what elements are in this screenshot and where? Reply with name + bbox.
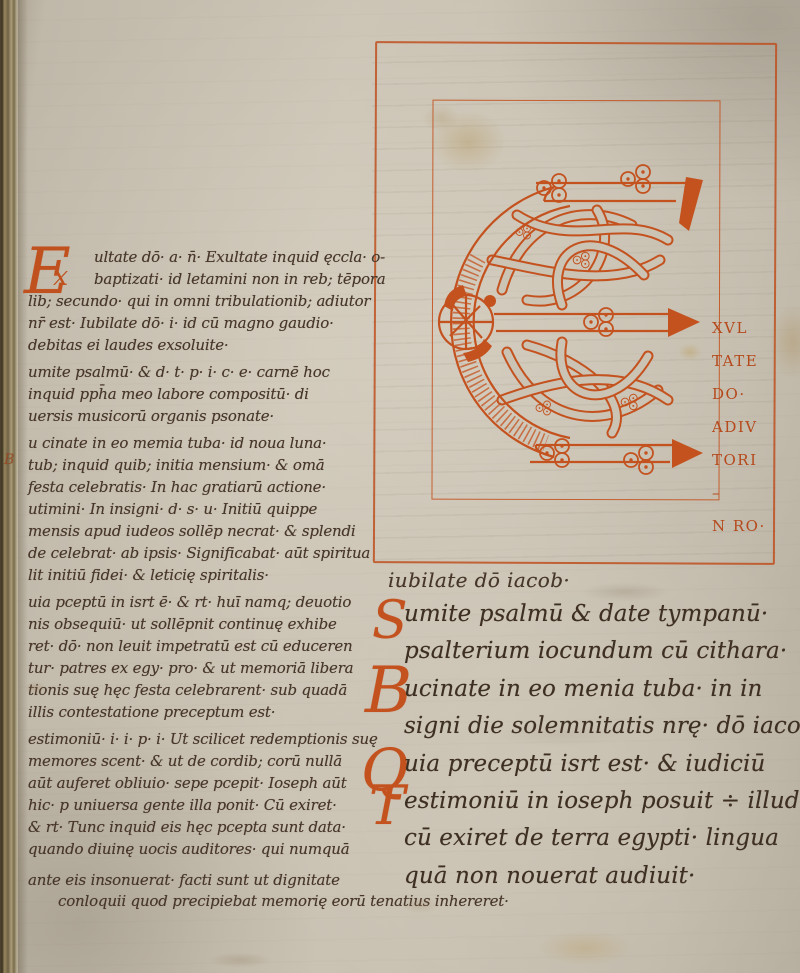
text-line: nr̄ est· Iubilate dō· i· id cū magno gau… [28, 312, 376, 334]
text-line: lib; secundo· qui in omni tribulationib;… [28, 290, 376, 312]
rubricated-initial-t: T [369, 779, 405, 833]
verse-line: cū exiret de terra egypti· lingua [404, 820, 800, 857]
text-line: uersis musicorū organis psonate· [28, 405, 376, 427]
verse-line: psalterium iocundum cū cithara· [404, 633, 800, 670]
display-heading: iubilate dō iacob· [388, 568, 570, 592]
manuscript-page: E [0, 0, 800, 973]
rubric-line: TORI [712, 444, 772, 477]
book-edge [0, 0, 18, 973]
text-line: utimini· In insigni· d· s· u· Initiū qui… [28, 498, 376, 520]
book-edge-shadow [18, 0, 28, 973]
verse-line: signi die solemnitatis nrę· dō iacob [404, 708, 800, 745]
verse-line: ucinate in eo menia tuba· in in [404, 671, 800, 708]
text-line: illis contestatione preceptum est· [28, 701, 376, 723]
rubric-line: DO· [712, 378, 772, 411]
text-line: inquid pph̄a meo labore compositū· di [28, 383, 376, 405]
rubric-line: XVL [712, 312, 772, 345]
verse-line: estimoniū in ioseph posuit ÷ illud· [404, 783, 800, 820]
text-line: debitas ei laudes exsoluite· [28, 334, 376, 356]
rubric-line: TATE [712, 345, 772, 378]
knotwork-initial-e [432, 100, 718, 498]
marginal-guide-letter-b: B [4, 452, 14, 468]
text-line: baptizati· id letamini non in reb; tēpor… [28, 268, 376, 290]
display-column: umite psalmū & date tympanū· psalterium … [404, 596, 800, 895]
rubricated-initial-s: S [372, 595, 408, 647]
text-line: tionis suę hęc festa celebrarent· sub qu… [28, 679, 376, 701]
text-line: nis obsequiū· ut sollēpnit continuę exhi… [28, 613, 376, 635]
text-line: aūt auferet obliuio· sepe pcepit· Ioseph… [28, 772, 376, 794]
text-line: mensis apud iudeos sollēp necrat· & sple… [28, 520, 376, 542]
commentary-column: ultate dō· a· n̄· Exultate inquid ęccla·… [28, 246, 376, 891]
verse-line: quā non nouerat audiuit· [404, 858, 800, 895]
verse-line: umite psalmū & date tympanū· [404, 596, 800, 633]
rubric-line: N RO· [712, 510, 772, 543]
text-line: ante eis insonuerat· facti sunt ut digni… [28, 869, 376, 891]
text-line: tub; inquid quib; initia mensium· & omā [28, 454, 376, 476]
text-line: ultate dō· a· n̄· Exultate inquid ęccla·… [28, 246, 376, 268]
text-line: tur· patres ex egy· pro· & ut memoriā li… [28, 657, 376, 679]
text-line: uia pceptū in isrt ē· & rt· huī namq; de… [28, 591, 376, 613]
text-line: lit initiū fidei· & leticię spiritalis· [28, 564, 376, 586]
text-line: estimoniū· i· i· p· i· Ut scilicet redem… [28, 728, 376, 750]
text-line: de celebrat· ab ipsis· Significabat· aūt… [28, 542, 376, 564]
rubric-line: ADIV [712, 411, 772, 444]
text-line: hic· p uniuersa gente illa ponit· Cū exi… [28, 794, 376, 816]
marginal-rubric: XVL TATE DO· ADIV TORI – N RO· [712, 312, 772, 543]
text-line: festa celebratis· In hac gratiarū action… [28, 476, 376, 498]
text-line: & rt· Tunc inquid eis hęc pcepta sunt da… [28, 816, 376, 838]
text-line: umite psalmū· & d· t· p· i· c· e· carnē … [28, 361, 376, 383]
rubric-line: – [712, 477, 772, 510]
text-line: quando diuinę uocis auditores· qui numqu… [28, 838, 376, 860]
text-line: u cinate in eo memia tuba· id noua luna· [28, 432, 376, 454]
text-line: ret· dō· non leuit impetratū est cū educ… [28, 635, 376, 657]
text-line: memores scent· & ut de cordib; corū null… [28, 750, 376, 772]
verse-line: uia preceptū isrt est· & iudiciū [404, 746, 800, 783]
